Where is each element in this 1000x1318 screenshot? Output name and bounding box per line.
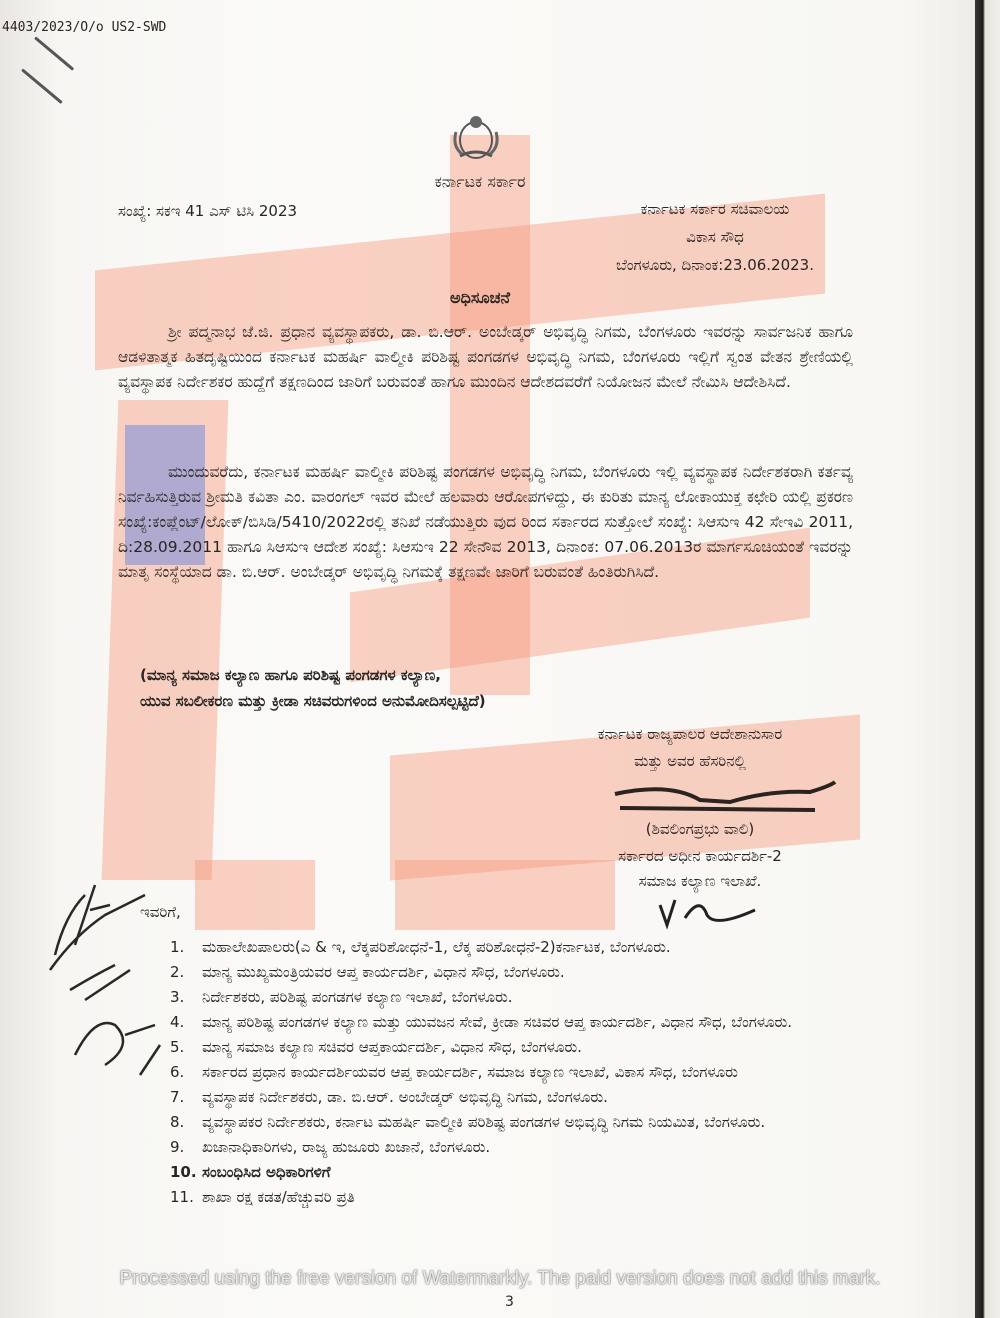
recipient-item: 11.ಶಾಖಾ ರಕ್ಷ ಕಡತ/ಹೆಚ್ಚುವರಿ ಪ್ರತಿ [170, 1185, 880, 1210]
watermark-block [395, 860, 615, 930]
recipient-text: ವ್ಯವಸ್ಥಾಪಕ ನಿರ್ದೇಶಕರು, ಡಾ. ಬಿ.ಆರ್. ಅಂಬೇಡ… [202, 1085, 880, 1110]
recipient-list: 1.ಮಹಾಲೇಖಪಾಲರು(ಎ & ಇ, ಲೆಕ್ಕಪರಿಶೋಧನೆ-1, ಲೆ… [170, 935, 880, 1210]
recipient-text: ಸಂಬಂಧಿಸಿದ ಅಧಿಕಾರಿಗಳಿಗೆ [202, 1160, 880, 1185]
recipient-item: 7.ವ್ಯವಸ್ಥಾಪಕ ನಿರ್ದೇಶಕರು, ಡಾ. ಬಿ.ಆರ್. ಅಂಬ… [170, 1085, 880, 1110]
recipient-text: ಶಾಖಾ ರಕ್ಷ ಕಡತ/ಹೆಚ್ಚುವರಿ ಪ್ರತಿ [202, 1185, 880, 1210]
recipient-item: 6.ಸರ್ಕಾರದ ಪ್ರಧಾನ ಕಾರ್ಯದರ್ಶಿಯವರ ಆಪ್ತ ಕಾರ್… [170, 1060, 880, 1085]
watermark-block [195, 860, 315, 930]
recipient-number: 7. [170, 1085, 202, 1110]
file-reference: 4403/2023/O/o US2-SWD [2, 20, 166, 36]
authority-line-2: ಮತ್ತು ಅವರ ಹೆಸರಿನಲ್ಲಿ [540, 752, 840, 770]
signatory-department: ಸಮಾಜ ಕಲ್ಯಾಣ ಇಲಾಖೆ. [560, 872, 840, 890]
recipient-number: 9. [170, 1135, 202, 1160]
recipient-item: 5.ಮಾನ್ಯ ಸಮಾಜ ಕಲ್ಯಾಣ ಸಚಿವರ ಆಪ್ತಕಾರ್ಯದರ್ಶಿ… [170, 1035, 880, 1060]
signatory-designation: ಸರ್ಕಾರದ ಅಧೀನ ಕಾರ್ಯದರ್ಶಿ-2 [560, 847, 840, 865]
paragraph-appointment: ಶ್ರೀ ಪದ್ಮನಾಭ ಜೆ.ಜಿ. ಪ್ರಧಾನ ವ್ಯವಸ್ಥಾಪಕರು,… [118, 320, 853, 395]
notification-heading: ಅಧಿಸೂಚನೆ [380, 288, 580, 307]
recipient-text: ಮಹಾಲೇಖಪಾಲರು(ಎ & ಇ, ಲೆಕ್ಕಪರಿಶೋಧನೆ-1, ಲೆಕ್… [202, 935, 880, 960]
office-date: ಬೆಂಗಳೂರು, ದಿನಾಂಕ:23.06.2023. [580, 256, 850, 274]
order-number: ಸಂಖ್ಯೆ: ಸಕಇ 41 ಎಸ್ ಟಿಸಿ 2023 [118, 202, 297, 220]
recipient-item: 8.ವ್ಯವಸ್ಥಾಪಕರ ನಿರ್ದೇಶಕರು, ಕರ್ನಾಟ ಮಹರ್ಷಿ … [170, 1110, 880, 1135]
paragraph-repatriation: ಮುಂದುವರೆದು, ಕರ್ನಾಟಕ ಮಹರ್ಷಿ ವಾಲ್ಮೀಕಿ ಪರಿಶ… [118, 460, 853, 585]
recipient-text: ಖಜಾನಾಧಿಕಾರಿಗಳು, ರಾಜ್ಯ ಹುಜೂರು ಖಜಾನೆ, ಬೆಂಗ… [202, 1135, 880, 1160]
page-number: 3 [505, 1294, 514, 1310]
government-title: ಕರ್ನಾಟಕ ಸರ್ಕಾರ [380, 172, 580, 191]
recipient-text: ಮಾನ್ಯ ಸಮಾಜ ಕಲ್ಯಾಣ ಸಚಿವರ ಆಪ್ತಕಾರ್ಯದರ್ಶಿ, … [202, 1035, 880, 1060]
approval-note-line-2: ಯುವ ಸಬಲೀಕರಣ ಮತ್ತು ಕ್ರೀಡಾ ಸಚಿವರುಗಳಿಂದ ಅನು… [140, 692, 486, 710]
recipient-item: 4.ಮಾನ್ಯ ಪರಿಶಿಷ್ಟ ಪಂಗಡಗಳ ಕಲ್ಯಾಣ ಮತ್ತು ಯುವ… [170, 1010, 880, 1035]
recipient-text: ಮಾನ್ಯ ಪರಿಶಿಷ್ಟ ಪಂಗಡಗಳ ಕಲ್ಯಾಣ ಮತ್ತು ಯುವಜನ… [202, 1010, 880, 1035]
authority-line-1: ಕರ್ನಾಟಕ ರಾಜ್ಯಪಾಲರ ಆದೇಶಾನುಸಾರ [540, 725, 840, 743]
paragraph-1-text: ಶ್ರೀ ಪದ್ಮನಾಭ ಜೆ.ಜಿ. ಪ್ರಧಾನ ವ್ಯವಸ್ಥಾಪಕರು,… [118, 323, 853, 391]
recipient-text: ಸರ್ಕಾರದ ಪ್ರಧಾನ ಕಾರ್ಯದರ್ಶಿಯವರ ಆಪ್ತ ಕಾರ್ಯದ… [202, 1060, 880, 1085]
recipient-text: ನಿರ್ದೇಶಕರು, ಪರಿಶಿಷ್ಟ ಪಂಗಡಗಳ ಕಲ್ಯಾಣ ಇಲಾಖೆ… [202, 985, 880, 1010]
office-line-1: ಕರ್ನಾಟಕ ಸರ್ಕಾರ ಸಚಿವಾಲಯ [580, 200, 850, 218]
signatory-name: (ಶಿವಲಿಂಗಪ್ರಭು ವಾಲಿ) [560, 820, 840, 838]
karnataka-emblem-icon [450, 110, 502, 162]
approval-note-line-1: (ಮಾನ್ಯ ಸಮಾಜ ಕಲ್ಯಾಣ ಹಾಗೂ ಪರಿಶಿಷ್ಟ ಪಂಗಡಗಳ … [140, 666, 441, 684]
handwritten-date-annotation [35, 875, 175, 1085]
signature [610, 780, 840, 820]
watermark-notice: Processed using the free version of Wate… [0, 1268, 1000, 1290]
recipient-item: 9.ಖಜಾನಾಧಿಕಾರಿಗಳು, ರಾಜ್ಯ ಹುಜೂರು ಖಜಾನೆ, ಬೆ… [170, 1135, 880, 1160]
recipient-number: 10. [170, 1160, 202, 1185]
recipient-number: 11. [170, 1185, 202, 1210]
recipient-item: 2.ಮಾನ್ಯ ಮುಖ್ಯಮಂತ್ರಿಯವರ ಆಪ್ತ ಕಾರ್ಯದರ್ಶಿ, … [170, 960, 880, 985]
office-line-2: ವಿಕಾಸ ಸೌಧ [580, 228, 850, 246]
recipient-number: 8. [170, 1110, 202, 1135]
recipient-item: 1.ಮಹಾಲೇಖಪಾಲರು(ಎ & ಇ, ಲೆಕ್ಕಪರಿಶೋಧನೆ-1, ಲೆ… [170, 935, 880, 960]
recipient-text: ವ್ಯವಸ್ಥಾಪಕರ ನಿರ್ದೇಶಕರು, ಕರ್ನಾಟ ಮಹರ್ಷಿ ವಾ… [202, 1110, 880, 1135]
paragraph-2-text: ಮುಂದುವರೆದು, ಕರ್ನಾಟಕ ಮಹರ್ಷಿ ವಾಲ್ಮೀಕಿ ಪರಿಶ… [118, 463, 853, 581]
recipient-text: ಮಾನ್ಯ ಮುಖ್ಯಮಂತ್ರಿಯವರ ಆಪ್ತ ಕಾರ್ಯದರ್ಶಿ, ವಿ… [202, 960, 880, 985]
initials-scribble [655, 890, 765, 930]
recipient-item: 3.ನಿರ್ದೇಶಕರು, ಪರಿಶಿಷ್ಟ ಪಂಗಡಗಳ ಕಲ್ಯಾಣ ಇಲಾ… [170, 985, 880, 1010]
page-edge-shadow [975, 0, 1000, 1318]
recipient-item: 10.ಸಂಬಂಧಿಸಿದ ಅಧಿಕಾರಿಗಳಿಗೆ [170, 1160, 880, 1185]
